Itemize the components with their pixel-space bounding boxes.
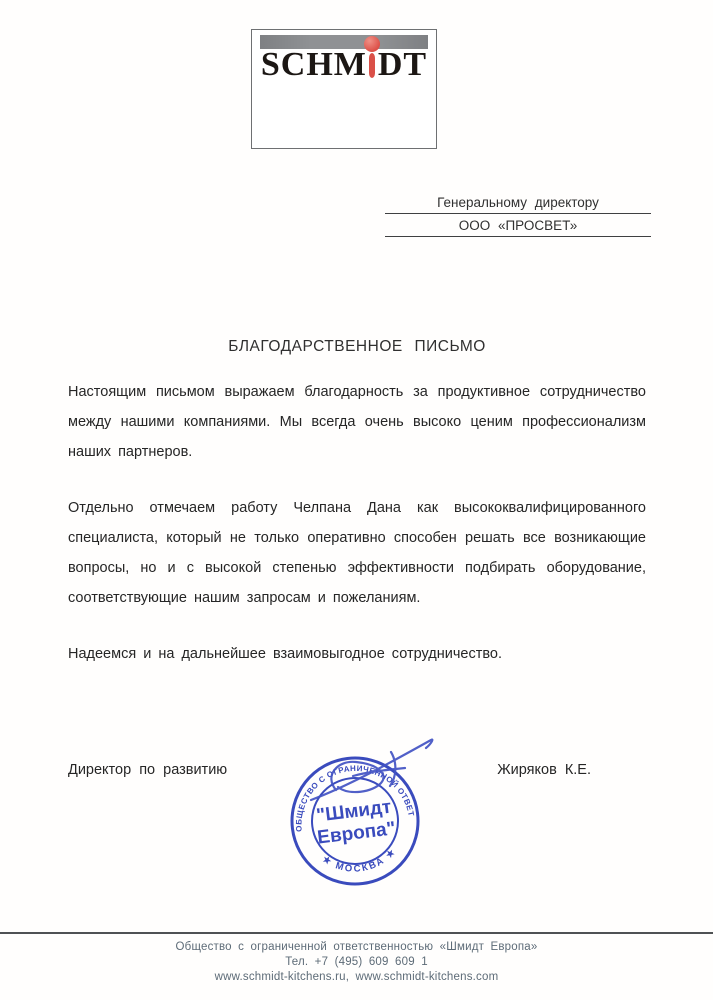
footer-divider — [0, 932, 713, 934]
logo-text-post: DT — [378, 44, 427, 86]
logo-i-dot-icon — [364, 36, 380, 52]
logo-i-stem-icon — [369, 53, 375, 78]
handwritten-signature — [293, 724, 453, 819]
signer-name: Жиряков К.Е. — [497, 762, 646, 778]
footer-block: Общество с ограниченной ответственностью… — [0, 940, 713, 985]
signer-position: Директор по развитию — [68, 762, 227, 778]
letter-paragraph: Отдельно отмечаем работу Челпана Дана ка… — [68, 493, 646, 613]
addressee-line-1: Генеральному директору — [385, 195, 651, 214]
scanned-letter-page: SCHM DT Генеральному директору ООО «ПРОС… — [0, 0, 713, 1000]
addressee-block: Генеральному директору ООО «ПРОСВЕТ» — [385, 195, 651, 241]
letter-paragraph: Надеемся и на дальнейшее взаимовыгодное … — [68, 639, 646, 669]
schmidt-logo: SCHM DT — [251, 29, 437, 149]
footer-phone: Тел. +7 (495) 609 609 1 — [0, 955, 713, 970]
logo-wordmark: SCHM DT — [252, 44, 436, 86]
letter-title: БЛАГОДАРСТВЕННОЕ ПИСЬМО — [68, 338, 646, 356]
letter-body: Настоящим письмом выражаем благодарность… — [68, 377, 646, 669]
addressee-line-2: ООО «ПРОСВЕТ» — [385, 218, 651, 237]
footer-company: Общество с ограниченной ответственностью… — [0, 940, 713, 955]
letter-paragraph: Настоящим письмом выражаем благодарность… — [68, 377, 646, 467]
logo-text-pre: SCHM — [261, 44, 367, 86]
logo-i-mark-icon — [368, 44, 377, 86]
footer-websites: www.schmidt-kitchens.ru, www.schmidt-kit… — [0, 970, 713, 985]
